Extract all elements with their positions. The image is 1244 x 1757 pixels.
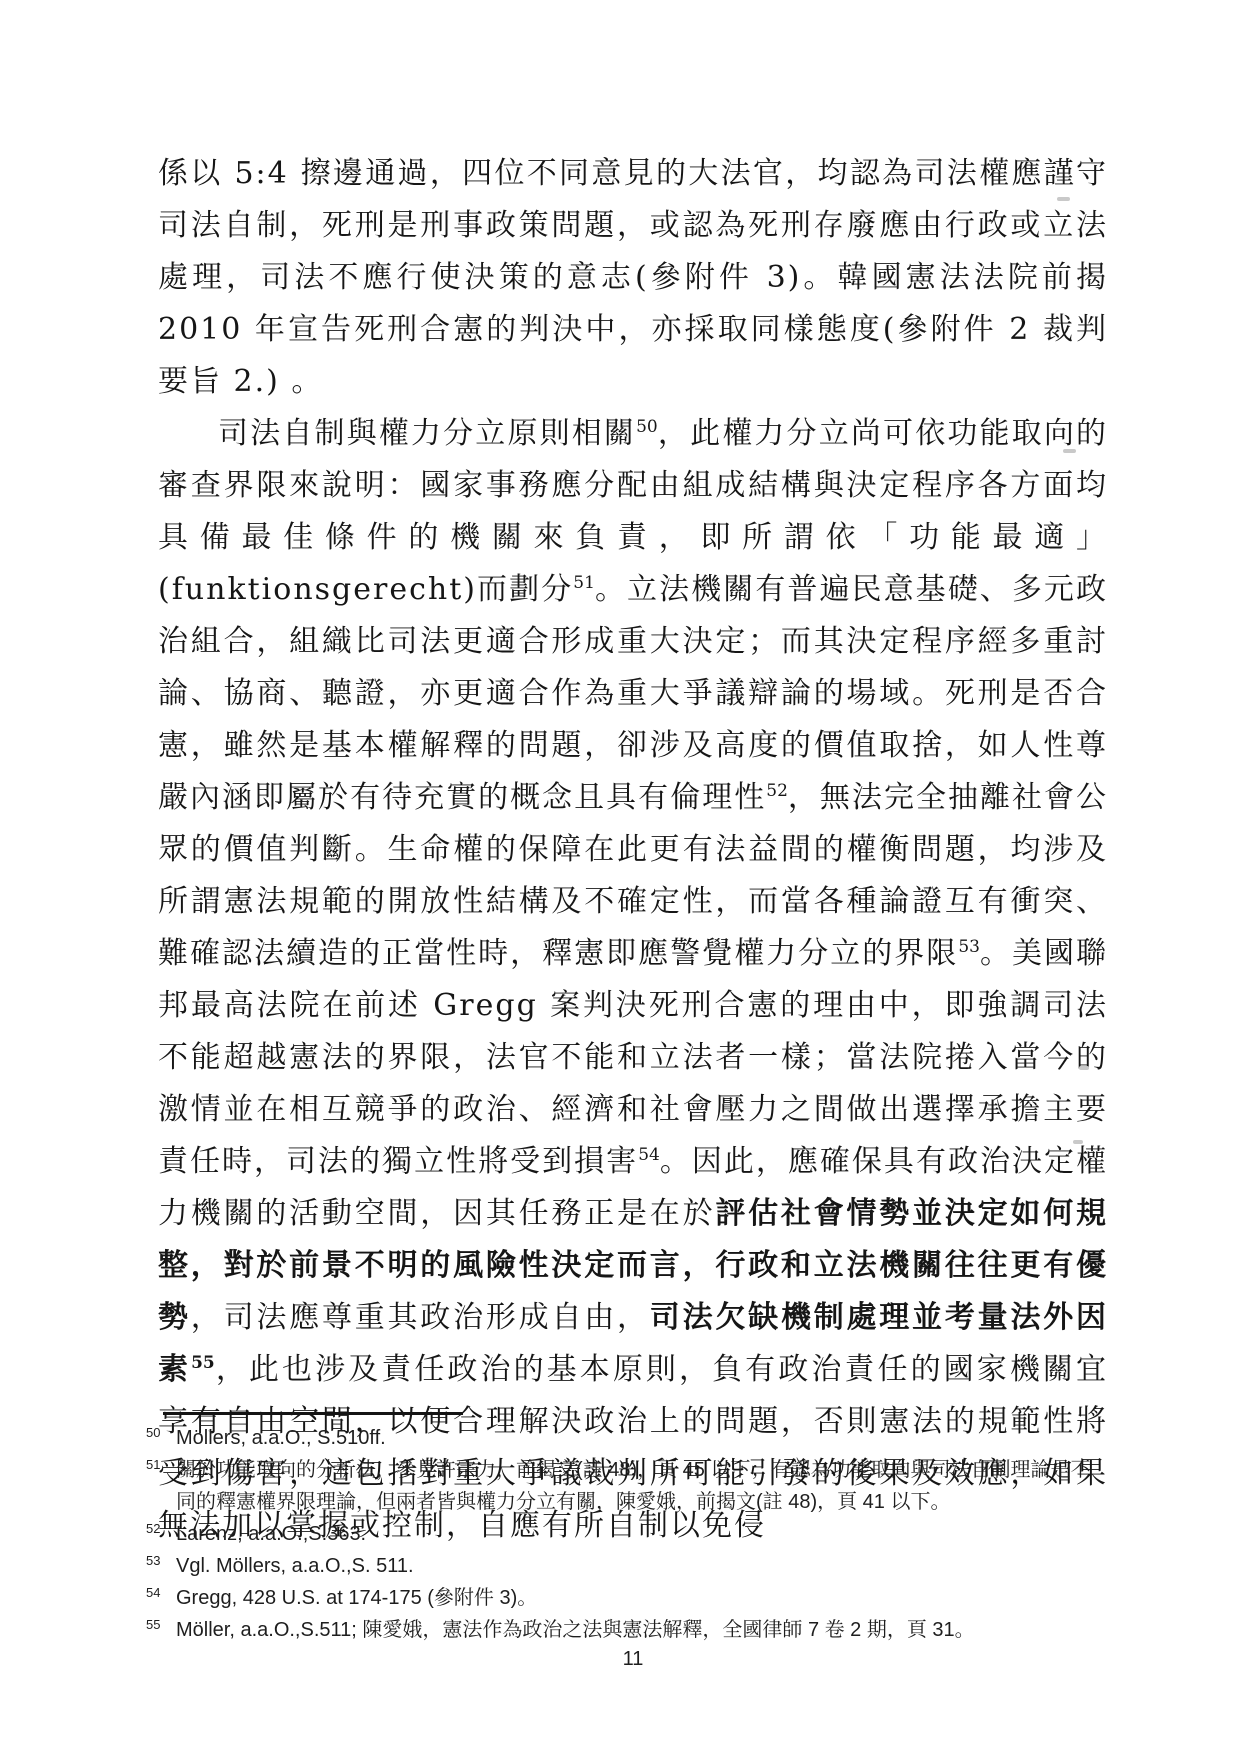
footnote-reference: 51 — [573, 573, 595, 593]
page-number: 11 — [158, 1648, 1108, 1671]
footnote: 51關於功能取向的分析法，參見許宗力，前揭文(註 48)，頁 45 以下；有認為… — [146, 1454, 1108, 1518]
paragraph: 司法自制與權力分立原則相關50，此權力分立尚可依功能取向的審查界限來說明：國家事… — [158, 408, 1108, 1552]
footnote-number: 53 — [146, 1545, 176, 1577]
footnote-text: Möllers, a.a.O., S.510ff. — [176, 1422, 1108, 1454]
footnote-separator — [163, 1412, 463, 1415]
footnote: 50Möllers, a.a.O., S.510ff. — [146, 1422, 1108, 1454]
footnote: 53Vgl. Möllers, a.a.O.,S. 511. — [146, 1550, 1108, 1582]
footnote-reference: 54 — [638, 1145, 660, 1165]
footnote-reference: 55 — [191, 1353, 215, 1373]
text-run: 司法自制與權力分立原則相關 — [218, 416, 636, 451]
footnote-reference: 52 — [766, 781, 788, 801]
text-run: ，司法應尊重其政治形成自由， — [191, 1300, 650, 1335]
footnote-number: 51 — [146, 1449, 176, 1481]
footnote-text: Möller, a.a.O.,S.511; 陳愛娥，憲法作為政治之法與憲法解釋，… — [176, 1614, 1108, 1646]
paragraph: 係以 5:4 擦邊通過，四位不同意見的大法官，均認為司法權應謹守司法自制，死刑是… — [158, 148, 1108, 408]
footnote-number: 54 — [146, 1577, 176, 1609]
footnote-number: 55 — [146, 1609, 176, 1641]
footnote-reference: 53 — [958, 937, 980, 957]
body-text: 係以 5:4 擦邊通過，四位不同意見的大法官，均認為司法權應謹守司法自制，死刑是… — [158, 148, 1108, 1552]
scan-artifact — [1063, 449, 1076, 453]
text-run: 係以 5:4 擦邊通過，四位不同意見的大法官，均認為司法權應謹守司法自制，死刑是… — [158, 156, 1108, 399]
footnote-number: 50 — [146, 1417, 176, 1449]
text-run: 。立法機關有普遍民意基礎、多元政治組合，組織比司法更適合形成重大決定；而其決定程… — [158, 572, 1108, 815]
footnote-text: Gregg, 428 U.S. at 174-175 (參附件 3)。 — [176, 1582, 1108, 1614]
footnote: 52Larenz, a.a.O.,S.363. — [146, 1518, 1108, 1550]
scan-artifact — [1079, 1066, 1089, 1070]
footnote: 55Möller, a.a.O.,S.511; 陳愛娥，憲法作為政治之法與憲法解… — [146, 1614, 1108, 1646]
footnote: 54Gregg, 428 U.S. at 174-175 (參附件 3)。 — [146, 1582, 1108, 1614]
text-run: 。美國聯邦最高法院在前述 Gregg 案判決死刑合憲的理由中，即強調司法不能超越… — [158, 936, 1108, 1179]
footnote-number: 52 — [146, 1513, 176, 1545]
footnote-text: Vgl. Möllers, a.a.O.,S. 511. — [176, 1550, 1108, 1582]
footnotes: 50Möllers, a.a.O., S.510ff.51關於功能取向的分析法，… — [146, 1422, 1108, 1646]
scan-artifact — [1057, 197, 1070, 201]
footnote-text: Larenz, a.a.O.,S.363. — [176, 1518, 1108, 1550]
scan-artifact — [1073, 1140, 1083, 1144]
document-page: 係以 5:4 擦邊通過，四位不同意見的大法官，均認為司法權應謹守司法自制，死刑是… — [0, 0, 1244, 1757]
footnote-reference: 50 — [636, 417, 658, 437]
footnote-text: 關於功能取向的分析法，參見許宗力，前揭文(註 48)，頁 45 以下；有認為功能… — [176, 1454, 1108, 1518]
